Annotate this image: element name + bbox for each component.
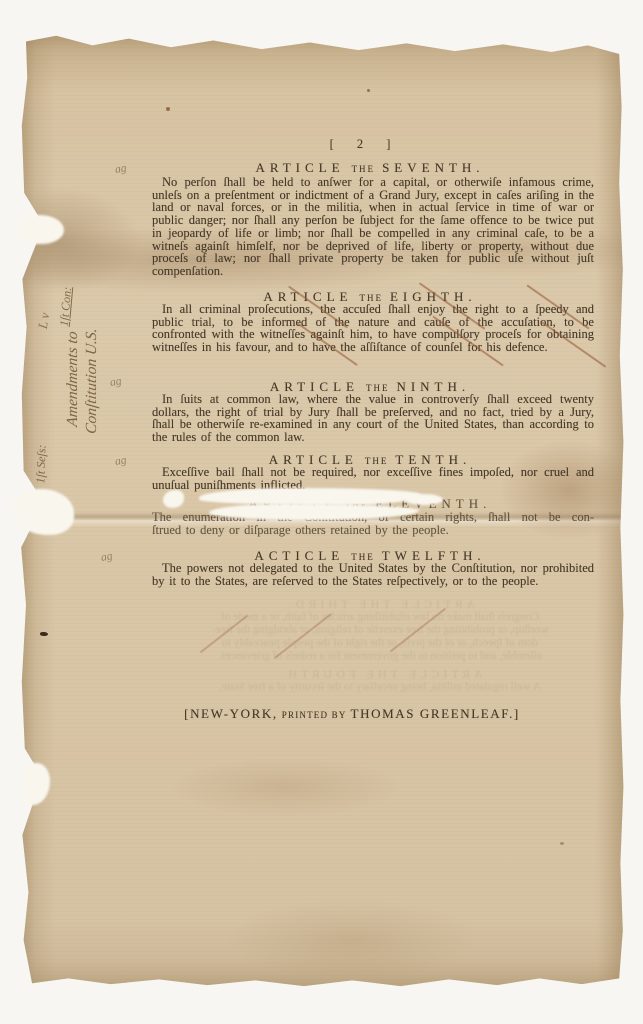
article-twelfth-body: The powers not delegated to the United S… <box>152 562 594 587</box>
damage-patch <box>405 494 443 505</box>
bleedthrough-text: ARTICLE THE FOURTH. A well regulated mil… <box>190 668 570 694</box>
page-number: [ 2 ] <box>140 137 590 152</box>
bleedthrough-text: ARTICLE THE THIRD. Congreſs ſhall make n… <box>190 598 570 663</box>
ink-speck <box>166 107 170 111</box>
article-eighth-body: In all criminal proſecutions, the accuſe… <box>152 303 594 354</box>
ink-speck <box>40 632 48 636</box>
ink-speck <box>367 89 370 92</box>
approval-mark: ag <box>109 375 122 389</box>
damage-patch <box>18 215 64 244</box>
approval-mark: ag <box>114 454 127 468</box>
approval-mark: ag <box>114 162 127 176</box>
article-tenth-body: Exceſſive bail ſhall not be required, no… <box>152 466 594 491</box>
printer-imprint: [NEW-YORK,PRINTED BYTHOMAS GREENLEAF.] <box>132 706 572 722</box>
document-photo-backdrop: ARTICLE THE THIRD. Congreſs ſhall make n… <box>0 0 643 1024</box>
approval-mark: ag <box>100 550 113 564</box>
article-ninth-body: In ſuits at common law, where the value … <box>152 393 594 444</box>
marginalia-session-note: 1ſt Seſs: <box>33 411 51 483</box>
damage-patch <box>12 489 74 535</box>
damage-patch <box>199 488 421 505</box>
article-eleventh-body-line2: ſtrued to deny or diſparage others retai… <box>152 524 594 537</box>
article-seventh-heading: ARTICLETHESEVENTH. <box>140 160 600 176</box>
article-seventh-body: No perſon ſhall be held to anſwer for a … <box>152 176 594 278</box>
ink-speck <box>560 842 564 845</box>
